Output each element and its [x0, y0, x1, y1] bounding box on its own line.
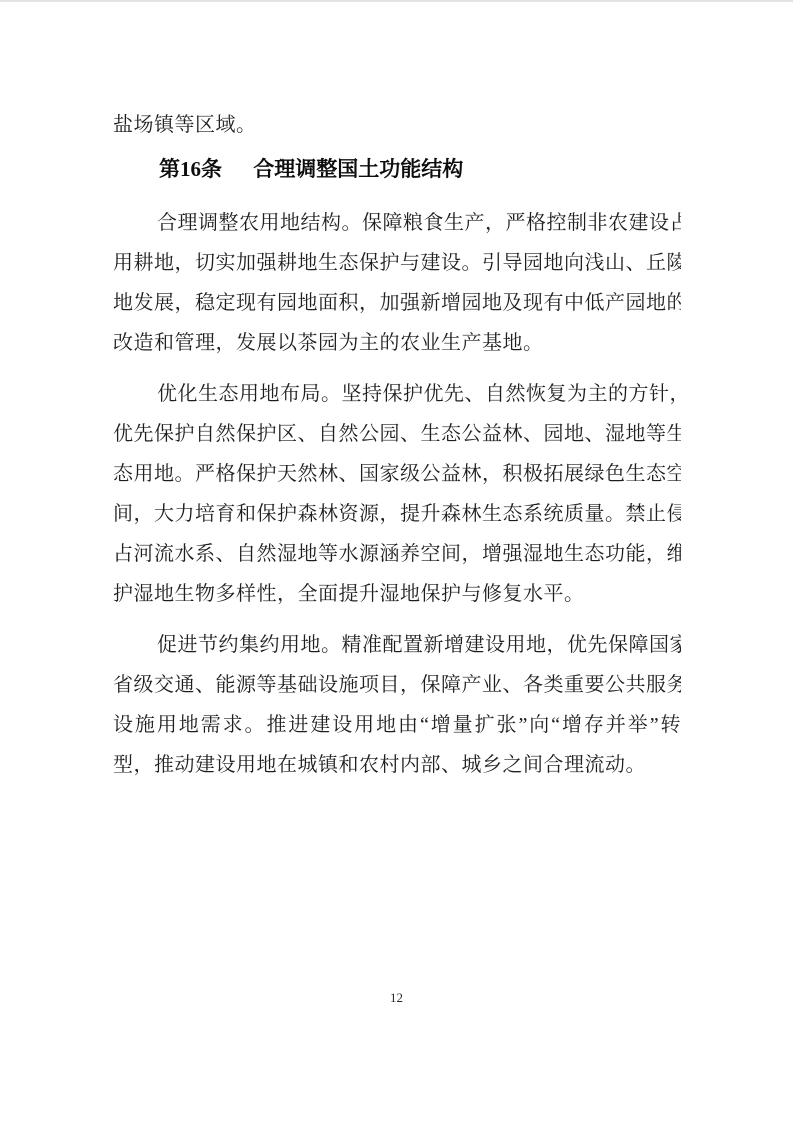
text-line: 促进节约集约用地。精准配置新增建设用地，优先保障国家、 — [113, 625, 681, 665]
text-line: 态用地。严格保护天然林、国家级公益林，积极拓展绿色生态空 — [113, 454, 681, 494]
page-content: 盐场镇等区域。 第16条 合理调整国土功能结构 合理调整农用地结构。保障粮食生产… — [113, 105, 681, 785]
text-line: 地发展，稳定现有园地面积，加强新增园地及现有中低产园地的 — [113, 283, 681, 323]
text-line: 用耕地，切实加强耕地生态保护与建设。引导园地向浅山、丘陵 — [113, 243, 681, 283]
page-number: 12 — [390, 990, 403, 1005]
text-line: 盐场镇等区域。 — [113, 105, 681, 145]
document-page: 盐场镇等区域。 第16条 合理调整国土功能结构 合理调整农用地结构。保障粮食生产… — [0, 0, 793, 1122]
article-heading: 第16条 合理调整国土功能结构 — [113, 149, 681, 189]
text-line: 合理调整农用地结构。保障粮食生产，严格控制非农建设占 — [113, 203, 681, 243]
text-line: 优先保护自然保护区、自然公园、生态公益林、园地、湿地等生 — [113, 414, 681, 454]
text-line: 改造和管理，发展以茶园为主的农业生产基地。 — [113, 323, 681, 363]
text-line: 设施用地需求。推进建设用地由“增量扩张”向“增存并举”转 — [113, 705, 681, 745]
article-title: 合理调整国土功能结构 — [253, 157, 463, 181]
text-line: 占河流水系、自然湿地等水源涵养空间，增强湿地生态功能，维 — [113, 534, 681, 574]
text-line: 优化生态用地布局。坚持保护优先、自然恢复为主的方针， — [113, 374, 681, 414]
text-line: 省级交通、能源等基础设施项目，保障产业、各类重要公共服务 — [113, 665, 681, 705]
text-line: 护湿地生物多样性，全面提升湿地保护与修复水平。 — [113, 574, 681, 614]
paragraph: 合理调整农用地结构。保障粮食生产，严格控制非农建设占 用耕地，切实加强耕地生态保… — [113, 203, 681, 363]
paragraph: 促进节约集约用地。精准配置新增建设用地，优先保障国家、 省级交通、能源等基础设施… — [113, 625, 681, 785]
paragraph: 优化生态用地布局。坚持保护优先、自然恢复为主的方针， 优先保护自然保护区、自然公… — [113, 374, 681, 614]
text-line: 型，推动建设用地在城镇和农村内部、城乡之间合理流动。 — [113, 745, 681, 785]
text-line: 间，大力培育和保护森林资源，提升森林生态系统质量。禁止侵 — [113, 494, 681, 534]
article-number: 第16条 — [159, 157, 222, 181]
page-footer: 12 — [0, 988, 793, 1008]
